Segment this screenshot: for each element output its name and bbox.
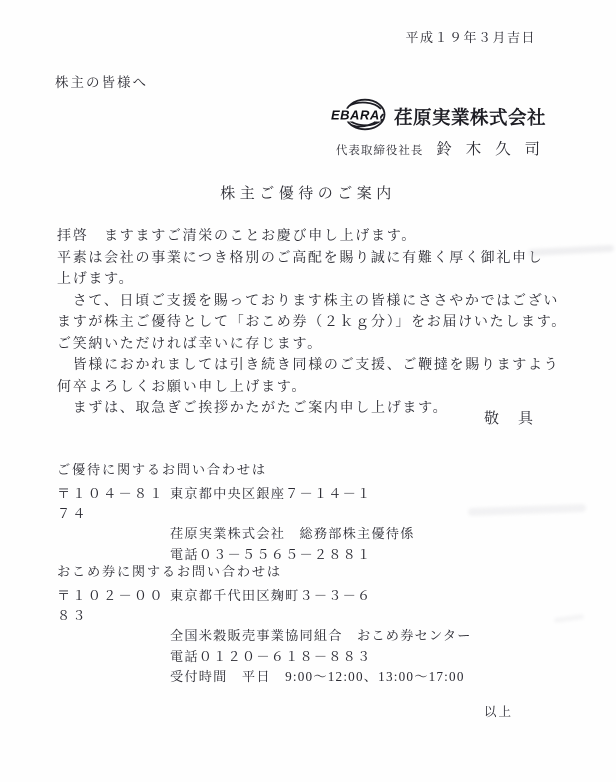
document-page: 平成１９年３月吉日 株主の皆様へ EBARA 荏原実業株式会社 代表取締役社長 …	[0, 0, 616, 782]
contact-organization: 全国米穀販売事業協同組合 おこめ券センター	[170, 626, 472, 646]
scan-artifact	[554, 614, 584, 623]
signer-title: 代表取締役社長	[336, 142, 424, 158]
contact-row: 全国米穀販売事業協同組合 おこめ券センター	[57, 626, 472, 646]
ebara-logo-icon: EBARA	[331, 98, 389, 136]
contact-row: 受付時間 平日 9:00～12:00、13:00～17:00	[57, 667, 472, 687]
signature-block: 代表取締役社長 鈴 木 久 司	[336, 137, 545, 159]
postal-code: 〒１０４－８１７４	[57, 484, 170, 524]
closing-salutation: 敬 具	[484, 407, 535, 428]
footer-closing: 以上	[484, 702, 513, 720]
postal-code: 〒１０２－００８３	[57, 586, 170, 626]
recipient-line: 株主の皆様へ	[55, 71, 148, 91]
contact-benefit-section: ご優待に関するお問い合わせは 〒１０４－８１７４ 東京都中央区銀座７－１４－１ …	[57, 459, 415, 565]
document-title: 株主ご優待のご案内	[0, 182, 616, 203]
company-logo-block: EBARA 荏原実業株式会社	[331, 98, 546, 136]
contact-row: 〒１０４－８１７４ 東京都中央区銀座７－１４－１	[57, 484, 415, 524]
contact-heading: おこめ券に関するお問い合わせは	[57, 561, 472, 582]
company-name: 荏原実業株式会社	[394, 104, 546, 130]
contact-department: 荏原実業株式会社 総務部株主優待係	[170, 524, 415, 544]
body-line: ますが株主ご優待として「おこめ券（２ｋｇ分）」をお届けいたします。	[57, 312, 569, 334]
body-line: ご笑納いただければ幸いに存じます。	[57, 334, 569, 356]
body-line: 平素は会社の事業につき格別のご高配を賜り誠に有難く厚く御礼申し	[57, 248, 569, 270]
body-line: 拝啓 ますますご清栄のことお慶び申し上げます。	[57, 226, 569, 248]
contact-row: 電話０１２０－６１８－８８３	[57, 647, 472, 667]
letter-body: 拝啓 ますますご清栄のことお慶び申し上げます。 平素は会社の事業につき格別のご高…	[57, 226, 569, 420]
contact-row: 荏原実業株式会社 総務部株主優待係	[57, 524, 415, 544]
scan-artifact	[468, 504, 586, 516]
body-line: 何卒よろしくお願い申し上げます。	[57, 377, 569, 399]
contact-heading: ご優待に関するお問い合わせは	[57, 459, 415, 480]
contact-rice-ticket-section: おこめ券に関するお問い合わせは 〒１０２－００８３ 東京都千代田区麹町３－３－６…	[57, 561, 472, 687]
ebara-logo-text: EBARA	[331, 108, 380, 123]
contact-row: 〒１０２－００８３ 東京都千代田区麹町３－３－６	[57, 586, 472, 626]
contact-phone: 電話０１２０－６１８－８８３	[170, 647, 371, 667]
body-line: 上げます。	[57, 269, 569, 291]
signer-name: 鈴 木 久 司	[436, 137, 545, 159]
document-date: 平成１９年３月吉日	[405, 27, 536, 46]
contact-address: 東京都千代田区麹町３－３－６	[170, 586, 371, 626]
body-line: さて、日頃ご支援を賜っております株主の皆様にささやかではござい	[57, 291, 569, 313]
body-line: 皆様におかれましては引き続き同様のご支援、ご鞭撻を賜りますよう	[57, 355, 569, 377]
contact-address: 東京都中央区銀座７－１４－１	[170, 484, 371, 524]
contact-hours: 受付時間 平日 9:00～12:00、13:00～17:00	[170, 667, 465, 687]
